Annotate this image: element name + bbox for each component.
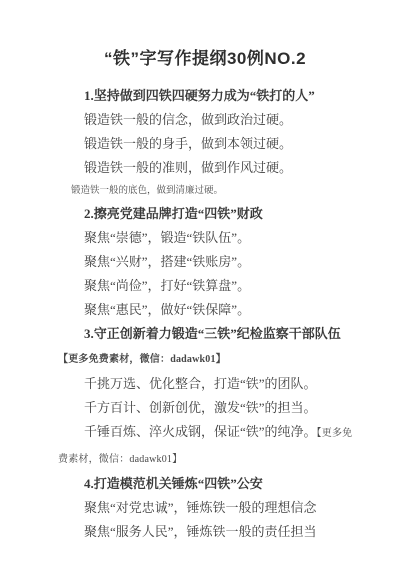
outline-line: 锻造铁一般的身手，做到本领过硬。 (58, 132, 356, 156)
paragraph-text: 锻造铁一般的身手，做到本领过硬。 (84, 136, 292, 151)
outline-line: 聚焦“服务人民”，锤炼铁一般的责任担当 (58, 520, 356, 544)
paragraph-text: 聚焦“服务人民”，锤炼铁一般的责任担当 (84, 524, 317, 539)
paragraph-text: 1.坚持做到四铁四硬努力成为“铁打的人” (84, 88, 315, 103)
paragraph-text: 锻造铁一般的底色，做到清廉过硬。 (71, 186, 223, 196)
outline-line: 聚焦“惠民”，做好“铁保障”。 (58, 298, 356, 322)
outline-line: 聚焦“对党忠诚”，锤炼铁一般的理想信念 (58, 496, 356, 520)
outline-line: 锻造铁一般的信念，做到政治过硬。 (58, 108, 356, 132)
watermark-text: 【更多免费素材，微信：dadawk01】 (58, 354, 226, 365)
paragraph-text: 锻造铁一般的信念，做到政治过硬。 (84, 112, 292, 127)
outline-heading: 4.打造模范机关锤炼“四铁”公安 (58, 472, 356, 496)
outline-heading: 2.擦亮党建品牌打造“四铁”财政 (58, 202, 356, 226)
outline-heading: 1.坚持做到四铁四硬努力成为“铁打的人” (58, 84, 356, 108)
paragraph-text: 千挑万选、优化整合，打造“铁”的团队。 (84, 376, 317, 391)
paragraph-text: 4.打造模范机关锤炼“四铁”公安 (84, 476, 263, 491)
paragraph-text: 聚焦“对党忠诚”，锤炼铁一般的理想信念 (84, 500, 317, 515)
paragraph-text: 2.擦亮党建品牌打造“四铁”财政 (84, 206, 263, 221)
outline-line: 千挑万选、优化整合，打造“铁”的团队。 (58, 372, 356, 396)
paragraph-text: 聚焦“崇德”，锻造“铁队伍”。 (84, 230, 250, 245)
paragraph-text: 聚焦“兴财”，搭建“铁账房”。 (84, 254, 250, 269)
paragraph-text: 聚焦“惠民”，做好“铁保障”。 (84, 302, 250, 317)
outline-line: 聚焦“崇德”，锻造“铁队伍”。 (58, 226, 356, 250)
paragraph-text: 千方百计、创新创优，激发“铁”的担当。 (84, 400, 317, 415)
paragraph-text: 聚焦“尚俭”，打好“铁算盘”。 (84, 278, 250, 293)
paragraph-text: 锻造铁一般的准则，做到作风过硬。 (84, 160, 292, 175)
outline-line: 聚焦“兴财”，搭建“铁账房”。 (58, 250, 356, 274)
outline-heading: 3.守正创新着力锻造“三铁”纪检监察干部队伍【更多免费素材，微信：dadawk0… (58, 322, 356, 372)
outline-line: 千方百计、创新创优，激发“铁”的担当。 (58, 396, 356, 420)
paragraph-text: 千锤百炼、淬火成钢，保证“铁”的纯净。 (84, 424, 317, 439)
outline-line: 锻造铁一般的准则，做到作风过硬。 (58, 156, 356, 180)
document-title: “铁”字写作提纲30例NO.2 (0, 0, 410, 72)
outline-line: 千锤百炼、淬火成钢，保证“铁”的纯净。【更多免费素材，微信：dadawk01】 (58, 420, 356, 472)
note-line: 锻造铁一般的底色，做到清廉过硬。 (58, 180, 356, 202)
document-body: 1.坚持做到四铁四硬努力成为“铁打的人”锻造铁一般的信念，做到政治过硬。锻造铁一… (58, 84, 356, 544)
document-page: “铁”字写作提纲30例NO.2 1.坚持做到四铁四硬努力成为“铁打的人”锻造铁一… (0, 0, 410, 580)
outline-line: 聚焦“尚俭”，打好“铁算盘”。 (58, 274, 356, 298)
paragraph-text: 3.守正创新着力锻造“三铁”纪检监察干部队伍 (84, 326, 341, 341)
